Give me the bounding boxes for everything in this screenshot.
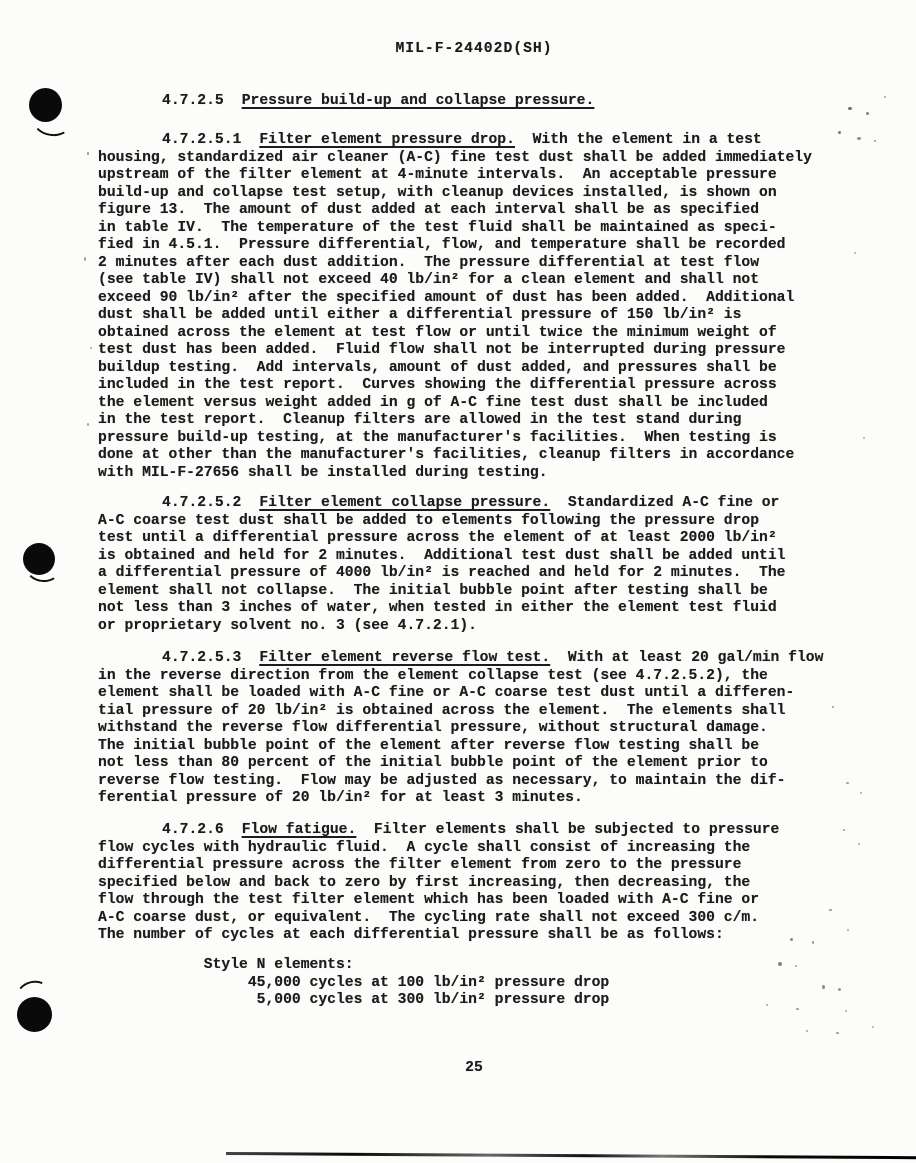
section-body-text: Standardized A-C fine or A-C coarse test…	[98, 495, 786, 634]
scan-speck	[848, 107, 852, 110]
scan-speck	[796, 1008, 799, 1010]
section-body-text: With at least 20 gal/min flow in the rev…	[98, 650, 823, 806]
scan-speck	[874, 140, 876, 142]
scan-speck	[843, 829, 845, 831]
section-number: 4.7.2.5.3	[162, 650, 259, 666]
scan-speck	[847, 929, 849, 931]
scan-speck	[766, 1004, 768, 1006]
section-title: Pressure build-up and collapse pressure.	[242, 93, 595, 109]
section-number: 4.7.2.5.2	[162, 495, 259, 511]
section-title: Filter element pressure drop.	[259, 132, 515, 148]
section-paragraph-4-7-2-5-2: 4.7.2.5.2Filter element collapse pressur…	[98, 495, 850, 635]
scan-speck	[829, 909, 832, 911]
document-id-header: MIL-F-24402D(SH)	[98, 41, 850, 59]
section-paragraph-4-7-2-6: 4.7.2.6Flow fatigue. Filter elements sha…	[98, 822, 850, 945]
scan-speck	[790, 938, 793, 941]
scan-speck	[838, 988, 841, 991]
scan-speck	[822, 985, 825, 989]
scan-speck	[795, 965, 797, 967]
scan-speck	[858, 843, 860, 845]
scan-artifact-line	[226, 1152, 916, 1159]
section-title: Filter element reverse flow test.	[259, 650, 550, 666]
scan-speck	[884, 96, 886, 98]
section-title: Flow fatigue.	[242, 822, 357, 838]
section-number: 4.7.2.5	[162, 93, 242, 109]
scan-speck	[866, 112, 869, 115]
section-body-text: Filter elements shall be subjected to pr…	[98, 822, 779, 943]
section-number: 4.7.2.6	[162, 822, 242, 838]
scan-speck	[863, 437, 865, 439]
scan-speck	[838, 131, 841, 134]
scan-speck	[857, 137, 861, 140]
scan-speck	[812, 941, 814, 944]
scan-speck	[836, 1032, 839, 1034]
section-body-text: With the element in a test housing, stan…	[98, 132, 812, 481]
scan-speck	[87, 423, 89, 426]
section-paragraph-4-7-2-5-1: 4.7.2.5.1Filter element pressure drop. W…	[98, 132, 850, 482]
hole-punch-shadow-arc	[25, 554, 62, 583]
scanned-document-page: MIL-F-24402D(SH) 4.7.2.5Pressure build-u…	[0, 0, 916, 1163]
hole-punch-shadow-arc	[31, 105, 73, 138]
scan-speck	[832, 706, 834, 708]
scan-speck	[84, 257, 86, 261]
scan-speck	[778, 962, 782, 966]
section-heading-4-7-2-5: 4.7.2.5Pressure build-up and collapse pr…	[98, 93, 850, 111]
section-number: 4.7.2.5.1	[162, 132, 259, 148]
flow-fatigue-cycle-list: Style N elements: 45,000 cycles at 100 l…	[98, 957, 850, 1010]
scan-speck	[806, 1030, 808, 1032]
scan-speck	[846, 782, 849, 784]
scan-speck	[854, 252, 856, 254]
section-paragraph-4-7-2-5-3: 4.7.2.5.3Filter element reverse flow tes…	[98, 650, 850, 808]
page-number: 25	[98, 1060, 850, 1078]
section-title: Filter element collapse pressure.	[259, 495, 550, 511]
scan-speck	[845, 1010, 847, 1012]
scan-speck	[872, 1026, 874, 1028]
scan-speck	[90, 347, 92, 349]
scan-speck	[860, 792, 862, 794]
scan-speck	[87, 152, 89, 155]
